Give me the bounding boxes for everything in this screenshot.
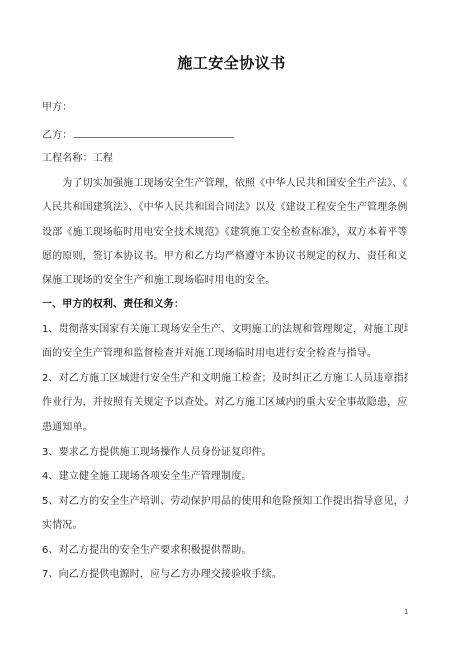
party-b-blank-line [74,127,234,138]
document-title: 施工安全协议书 [0,52,463,73]
item-line-5: 患通知单。 [42,421,408,435]
intro-line-5: 保施工现场的安全生产和施工现场临时用电的安全。 [42,274,408,288]
document-page: 施工安全协议书 甲方： 乙方： 工程名称：工程 为了切实加强施工现场安全生产管理… [0,0,463,655]
project-name: 工程名称：工程 [42,152,408,166]
intro-line-4: 愿的原则，签订本协议书。甲方和乙方均严格遵守本协议书规定的权力、责任和义务，确 [42,250,408,264]
item-line-9: 实情况。 [42,519,408,533]
item-line-8: 5、对乙方的安全生产培训、劳动保护用品的使用和危险预知工作提出指导意见，并监督落 [42,495,408,509]
section-heading: 一、甲方的权利、责任和义务： [42,298,408,312]
item-line-1: 1、贯彻落实国家有关施工现场安全生产、文明施工的法规和管理规定，对施工现场进行全 [42,323,408,337]
party-a-field: 甲方： [42,101,408,115]
item-line-11: 7、向乙方提供电源时，应与乙方办理交接验收手续。 [42,568,408,582]
page-number: 1 [404,608,408,616]
party-b-label: 乙方： [42,130,72,141]
intro-line-2: 人民共和国建筑法》、《中华人民共和国合同法》以及《建设工程安全生产管理条例》建 [42,201,408,215]
party-b-field: 乙方： [42,127,408,143]
item-line-2: 面的安全生产管理和监督检查并对施工现场临时用电进行安全检查与指导。 [42,347,408,361]
intro-line-3: 设部《施工现场临时用电安全技术规范》《建筑施工安全检查标准》，双方本着平等、自 [42,226,408,240]
item-line-3: 2、对乙方施工区域进行安全生产和文明施工检查；及时纠正乙方施工人员违章指挥和违章 [42,372,408,386]
intro-line-1: 为了切实加强施工现场安全生产管理，依照《中华人民共和国安全生产法》、《中华 [42,177,408,191]
party-a-label: 甲方： [42,102,72,113]
item-line-7: 4、建立健全施工现场各项安全生产管理制度。 [42,470,408,484]
item-line-10: 6、对乙方提出的安全生产要求积极提供帮助。 [42,544,408,558]
item-line-4: 作业行为，并按照有关规定予以查处。对乙方施工区域内的重大安全事故隐患，应开具隐 [42,396,408,410]
item-line-6: 3、要求乙方提供施工现场操作人员身份证复印件。 [42,446,408,460]
